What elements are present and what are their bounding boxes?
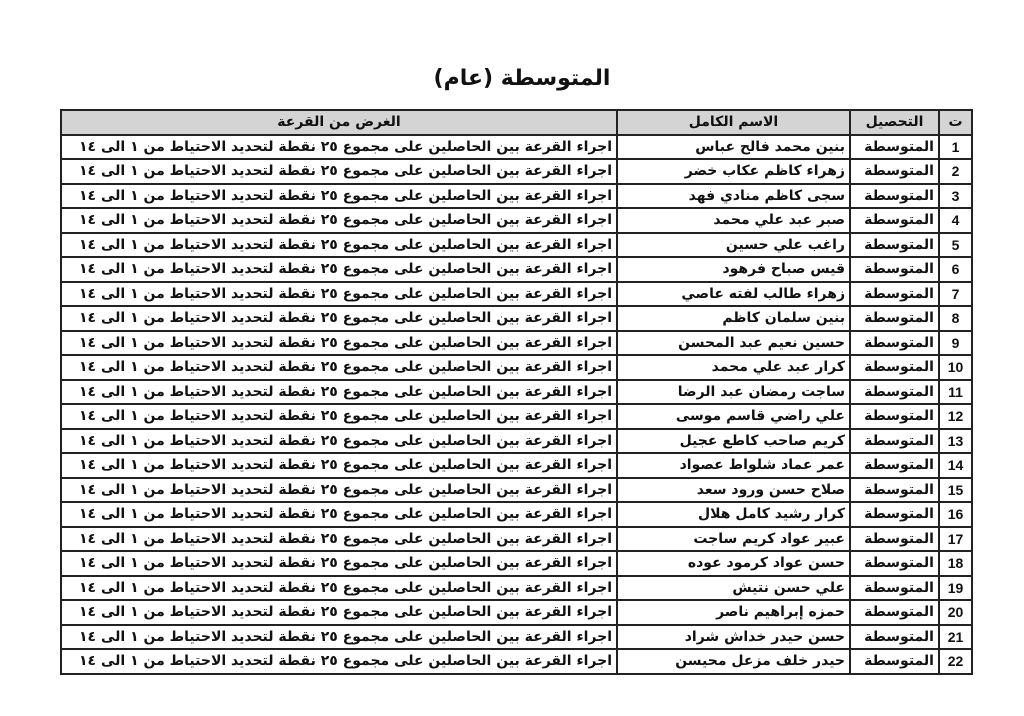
- row-full-name: صبر عبد علي محمد: [617, 208, 850, 233]
- row-level: المتوسطة: [850, 184, 939, 209]
- row-number: 19: [939, 576, 972, 601]
- row-full-name: عمر عماد شلواط عصواد: [617, 453, 850, 478]
- page-title: المتوسطة (عام): [0, 66, 1024, 91]
- row-number: 14: [939, 453, 972, 478]
- table-row: 16المتوسطةكرار رشيد كامل هلالاجراء القرع…: [61, 502, 972, 527]
- row-purpose: اجراء القرعة بين الحاصلين على مجموع ٢٥ ن…: [61, 380, 617, 405]
- table-row: 9المتوسطةحسين نعيم عبد المحسناجراء القرع…: [61, 331, 972, 356]
- row-purpose: اجراء القرعة بين الحاصلين على مجموع ٢٥ ن…: [61, 355, 617, 380]
- table-row: 12المتوسطةعلي راضي قاسم موسىاجراء القرعة…: [61, 404, 972, 429]
- row-purpose: اجراء القرعة بين الحاصلين على مجموع ٢٥ ن…: [61, 282, 617, 307]
- row-number: 12: [939, 404, 972, 429]
- row-level: المتوسطة: [850, 306, 939, 331]
- row-number: 6: [939, 257, 972, 282]
- table-row: 8المتوسطةبنين سلمان كاظماجراء القرعة بين…: [61, 306, 972, 331]
- row-level: المتوسطة: [850, 282, 939, 307]
- row-number: 2: [939, 159, 972, 184]
- row-purpose: اجراء القرعة بين الحاصلين على مجموع ٢٥ ن…: [61, 233, 617, 258]
- row-purpose: اجراء القرعة بين الحاصلين على مجموع ٢٥ ن…: [61, 478, 617, 503]
- table-row: 6المتوسطةقيس صباح فرهوداجراء القرعة بين …: [61, 257, 972, 282]
- row-number: 9: [939, 331, 972, 356]
- row-purpose: اجراء القرعة بين الحاصلين على مجموع ٢٥ ن…: [61, 551, 617, 576]
- row-level: المتوسطة: [850, 625, 939, 650]
- row-full-name: حيدر خلف مزعل محيسن: [617, 649, 850, 674]
- row-full-name: زهراء كاظم عكاب خضر: [617, 159, 850, 184]
- row-level: المتوسطة: [850, 355, 939, 380]
- row-full-name: ساجت رمضان عبد الرضا: [617, 380, 850, 405]
- table-row: 17المتوسطةعبير عواد كريم ساجتاجراء القرع…: [61, 527, 972, 552]
- row-level: المتوسطة: [850, 233, 939, 258]
- row-full-name: راغب علي حسين: [617, 233, 850, 258]
- row-purpose: اجراء القرعة بين الحاصلين على مجموع ٢٥ ن…: [61, 208, 617, 233]
- row-purpose: اجراء القرعة بين الحاصلين على مجموع ٢٥ ن…: [61, 576, 617, 601]
- row-level: المتوسطة: [850, 159, 939, 184]
- row-level: المتوسطة: [850, 429, 939, 454]
- row-number: 16: [939, 502, 972, 527]
- row-level: المتوسطة: [850, 208, 939, 233]
- header-level: التحصيل: [850, 110, 939, 135]
- row-full-name: بنين سلمان كاظم: [617, 306, 850, 331]
- row-number: 1: [939, 135, 972, 160]
- row-full-name: علي راضي قاسم موسى: [617, 404, 850, 429]
- table-row: 14المتوسطةعمر عماد شلواط عصواداجراء القر…: [61, 453, 972, 478]
- table-row: 7المتوسطةزهراء طالب لفته عاصياجراء القرع…: [61, 282, 972, 307]
- row-full-name: عبير عواد كريم ساجت: [617, 527, 850, 552]
- row-full-name: حسن حيدر خداش شراد: [617, 625, 850, 650]
- roster-table: ت التحصيل الاسم الكامل الغرض من القرعة 1…: [60, 109, 973, 675]
- row-number: 13: [939, 429, 972, 454]
- table-row: 20المتوسطةحمزه إبراهيم ناصراجراء القرعة …: [61, 600, 972, 625]
- row-number: 20: [939, 600, 972, 625]
- table-row: 22المتوسطةحيدر خلف مزعل محيسناجراء القرع…: [61, 649, 972, 674]
- row-purpose: اجراء القرعة بين الحاصلين على مجموع ٢٥ ن…: [61, 649, 617, 674]
- row-number: 15: [939, 478, 972, 503]
- row-number: 22: [939, 649, 972, 674]
- row-full-name: حسن عواد كرمود عوده: [617, 551, 850, 576]
- table-row: 19المتوسطةعلي حسن نتيشاجراء القرعة بين ا…: [61, 576, 972, 601]
- row-purpose: اجراء القرعة بين الحاصلين على مجموع ٢٥ ن…: [61, 625, 617, 650]
- row-purpose: اجراء القرعة بين الحاصلين على مجموع ٢٥ ن…: [61, 453, 617, 478]
- row-number: 21: [939, 625, 972, 650]
- row-full-name: سجى كاظم منادي فهد: [617, 184, 850, 209]
- row-level: المتوسطة: [850, 551, 939, 576]
- row-full-name: حسين نعيم عبد المحسن: [617, 331, 850, 356]
- row-full-name: علي حسن نتيش: [617, 576, 850, 601]
- table-row: 4المتوسطةصبر عبد علي محمداجراء القرعة بي…: [61, 208, 972, 233]
- table-body: 1المتوسطةبنين محمد فالح عباساجراء القرعة…: [61, 135, 972, 674]
- row-purpose: اجراء القرعة بين الحاصلين على مجموع ٢٥ ن…: [61, 257, 617, 282]
- table-row: 21المتوسطةحسن حيدر خداش شراداجراء القرعة…: [61, 625, 972, 650]
- row-purpose: اجراء القرعة بين الحاصلين على مجموع ٢٥ ن…: [61, 184, 617, 209]
- table-row: 5المتوسطةراغب علي حسيناجراء القرعة بين ا…: [61, 233, 972, 258]
- table-row: 15المتوسطةصلاح حسن ورود سعداجراء القرعة …: [61, 478, 972, 503]
- row-full-name: كرار رشيد كامل هلال: [617, 502, 850, 527]
- row-purpose: اجراء القرعة بين الحاصلين على مجموع ٢٥ ن…: [61, 159, 617, 184]
- row-purpose: اجراء القرعة بين الحاصلين على مجموع ٢٥ ن…: [61, 429, 617, 454]
- row-purpose: اجراء القرعة بين الحاصلين على مجموع ٢٥ ن…: [61, 135, 617, 160]
- row-number: 4: [939, 208, 972, 233]
- row-purpose: اجراء القرعة بين الحاصلين على مجموع ٢٥ ن…: [61, 306, 617, 331]
- table-row: 3المتوسطةسجى كاظم منادي فهداجراء القرعة …: [61, 184, 972, 209]
- row-level: المتوسطة: [850, 135, 939, 160]
- row-level: المتوسطة: [850, 600, 939, 625]
- table-row: 18المتوسطةحسن عواد كرمود عودهاجراء القرع…: [61, 551, 972, 576]
- row-full-name: كرار عبد علي محمد: [617, 355, 850, 380]
- row-level: المتوسطة: [850, 404, 939, 429]
- row-level: المتوسطة: [850, 453, 939, 478]
- table-row: 11المتوسطةساجت رمضان عبد الرضااجراء القر…: [61, 380, 972, 405]
- row-number: 5: [939, 233, 972, 258]
- header-number: ت: [939, 110, 972, 135]
- header-full-name: الاسم الكامل: [617, 110, 850, 135]
- row-full-name: صلاح حسن ورود سعد: [617, 478, 850, 503]
- row-full-name: زهراء طالب لفته عاصي: [617, 282, 850, 307]
- row-number: 3: [939, 184, 972, 209]
- table-row: 2المتوسطةزهراء كاظم عكاب خضراجراء القرعة…: [61, 159, 972, 184]
- row-purpose: اجراء القرعة بين الحاصلين على مجموع ٢٥ ن…: [61, 404, 617, 429]
- table-row: 1المتوسطةبنين محمد فالح عباساجراء القرعة…: [61, 135, 972, 160]
- row-full-name: قيس صباح فرهود: [617, 257, 850, 282]
- row-number: 7: [939, 282, 972, 307]
- row-full-name: بنين محمد فالح عباس: [617, 135, 850, 160]
- row-level: المتوسطة: [850, 257, 939, 282]
- row-number: 10: [939, 355, 972, 380]
- row-number: 18: [939, 551, 972, 576]
- row-number: 11: [939, 380, 972, 405]
- table-row: 10المتوسطةكرار عبد علي محمداجراء القرعة …: [61, 355, 972, 380]
- row-number: 8: [939, 306, 972, 331]
- row-full-name: كريم صاحب كاطع عجيل: [617, 429, 850, 454]
- row-level: المتوسطة: [850, 576, 939, 601]
- row-purpose: اجراء القرعة بين الحاصلين على مجموع ٢٥ ن…: [61, 600, 617, 625]
- row-level: المتوسطة: [850, 527, 939, 552]
- row-purpose: اجراء القرعة بين الحاصلين على مجموع ٢٥ ن…: [61, 527, 617, 552]
- row-full-name: حمزه إبراهيم ناصر: [617, 600, 850, 625]
- row-level: المتوسطة: [850, 478, 939, 503]
- row-level: المتوسطة: [850, 380, 939, 405]
- table-row: 13المتوسطةكريم صاحب كاطع عجيلاجراء القرع…: [61, 429, 972, 454]
- table-header-row: ت التحصيل الاسم الكامل الغرض من القرعة: [61, 110, 972, 135]
- row-purpose: اجراء القرعة بين الحاصلين على مجموع ٢٥ ن…: [61, 502, 617, 527]
- header-purpose: الغرض من القرعة: [61, 110, 617, 135]
- row-level: المتوسطة: [850, 331, 939, 356]
- row-level: المتوسطة: [850, 649, 939, 674]
- row-number: 17: [939, 527, 972, 552]
- row-purpose: اجراء القرعة بين الحاصلين على مجموع ٢٥ ن…: [61, 331, 617, 356]
- row-level: المتوسطة: [850, 502, 939, 527]
